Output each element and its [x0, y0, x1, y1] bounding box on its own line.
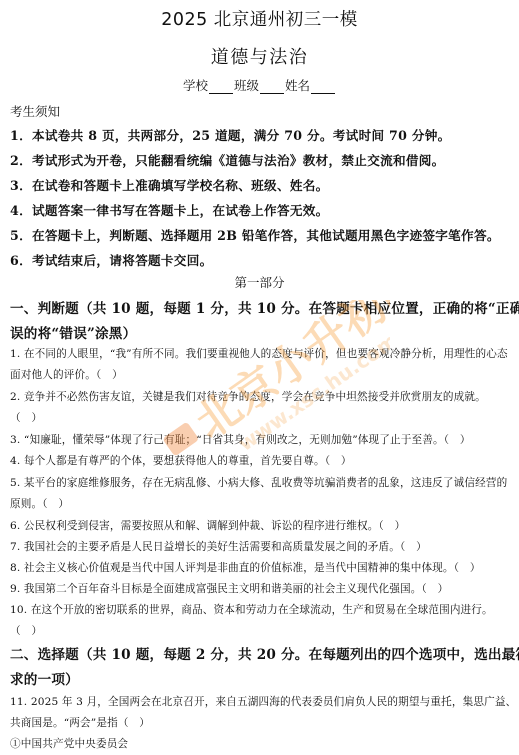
section-heading: 一、判断题（共 10 题，每题 1 分，共 10 分。在答题卡相应位置，正确的将… — [10, 297, 519, 317]
question-line: 9. 我国第二个百年奋斗目标是全面建成富强民主文明和谐美丽的社会主义现代化强国。… — [10, 581, 448, 596]
question-line: 10. 在这个开放的密切联系的世界，商品、资本和劳动力在全球流动，生产和贸易在全… — [10, 602, 493, 617]
notice-heading: 考生须知 — [10, 102, 60, 120]
question-line: 7. 我国社会的主要矛盾是人民日益增长的美好生活需要和高质量发展之间的矛盾。（ … — [10, 539, 427, 554]
class-label: 班级 — [234, 78, 259, 93]
question-line: 5. 某平台的家庭维修服务，存在无病乱修、小病大修、乱收费等坑骗消费者的乱象，这… — [10, 475, 507, 490]
exam-title: 2025 北京通州初三一模 — [0, 6, 519, 31]
notice-text: 考试结束后，请将答题卡交回。 — [32, 253, 213, 268]
question-line: 2. 竞争并不必然伤害友谊，关键是我们对待竞争的态度，学会在竞争中坦然接受并欣赏… — [10, 389, 486, 404]
question-line: 8. 社会主义核心价值观是当代中国人评判是非曲直的价值标准，是当代中国精神的集中… — [10, 560, 481, 575]
school-blank — [209, 80, 233, 94]
question-line: 6. 公民权利受到侵害，需要按照从和解、调解到仲裁、诉讼的程序进行维权。（ ） — [10, 518, 405, 533]
question-line: 1. 在不同的人眼里，“我”有所不同。我们要重视他人的态度与评价，但也要客观冷静… — [10, 346, 508, 361]
notice-num: 2． — [10, 153, 32, 168]
notice-item: 3．在试卷和答题卡上准确填写学校名称、班级、姓名。 — [10, 175, 329, 194]
notice-text: 本试卷共 8 页，共两部分，25 道题，满分 70 分。考试时间 70 分钟。 — [32, 128, 451, 143]
name-blank — [311, 80, 335, 94]
notice-item: 2．考试形式为开卷，只能翻看统编《道德与法治》教材，禁止交流和借阅。 — [10, 150, 445, 169]
school-label: 学校 — [183, 78, 208, 93]
part-heading: 第一部分 — [0, 273, 519, 291]
notice-num: 4． — [10, 203, 32, 218]
question-line: 原则。（ ） — [10, 496, 69, 511]
notice-item: 6．考试结束后，请将答题卡交回。 — [10, 250, 212, 269]
notice-text: 试题答案一律书写在答题卡上，在试卷上作答无效。 — [32, 203, 329, 218]
question-line: 11. 2025 年 3 月，全国两会在北京召开，来自五湖四海的代表委员们肩负人… — [10, 694, 516, 709]
exam-subject: 道德与法治 — [0, 43, 519, 69]
notice-text: 考试形式为开卷，只能翻看统编《道德与法治》教材，禁止交流和借阅。 — [32, 153, 445, 168]
question-line: 4. 每个人都是有尊严的个体，要想获得他人的尊重，首先要自尊。（ ） — [10, 453, 352, 468]
section-heading: 误的将“错误”涂黑） — [10, 322, 136, 342]
notice-item: 4．试题答案一律书写在答题卡上，在试卷上作答无效。 — [10, 200, 329, 219]
question-line: 3. “知廉耻，懂荣辱”体现了行己有耻；“日省其身，有则改之，无则加勉”体现了止… — [10, 432, 471, 447]
notice-item: 1．本试卷共 8 页，共两部分，25 道题，满分 70 分。考试时间 70 分钟… — [10, 125, 451, 144]
student-info-fields: 学校班级姓名 — [0, 76, 519, 94]
watermark-text: 北京小升初网 — [186, 300, 390, 449]
class-blank — [260, 80, 284, 94]
notice-item: 5．在答题卡上，判断题、选择题用 2B 铅笔作答，其他试题用黑色字迹签字笔作答。 — [10, 225, 500, 244]
question-line: （ ） — [10, 623, 42, 638]
notice-num: 3． — [10, 178, 32, 193]
notice-num: 6． — [10, 253, 32, 268]
section-heading: 求的一项） — [10, 668, 79, 688]
section-heading: 二、选择题（共 10 题，每题 2 分，共 20 分。在每题列出的四个选项中，选… — [10, 643, 519, 663]
question-line: （ ） — [10, 410, 42, 425]
notice-text: 在试卷和答题卡上准确填写学校名称、班级、姓名。 — [32, 178, 329, 193]
option-line: ①中国共产党中央委员会 — [10, 736, 128, 751]
question-line: 面对他人的评价。（ ） — [10, 367, 123, 382]
notice-num: 1． — [10, 128, 32, 143]
question-line: 共商国是。“两会”是指（ ） — [10, 715, 150, 730]
notice-text: 在答题卡上，判断题、选择题用 2B 铅笔作答，其他试题用黑色字迹签字笔作答。 — [32, 228, 500, 243]
notice-num: 5． — [10, 228, 32, 243]
name-label: 姓名 — [285, 78, 310, 93]
